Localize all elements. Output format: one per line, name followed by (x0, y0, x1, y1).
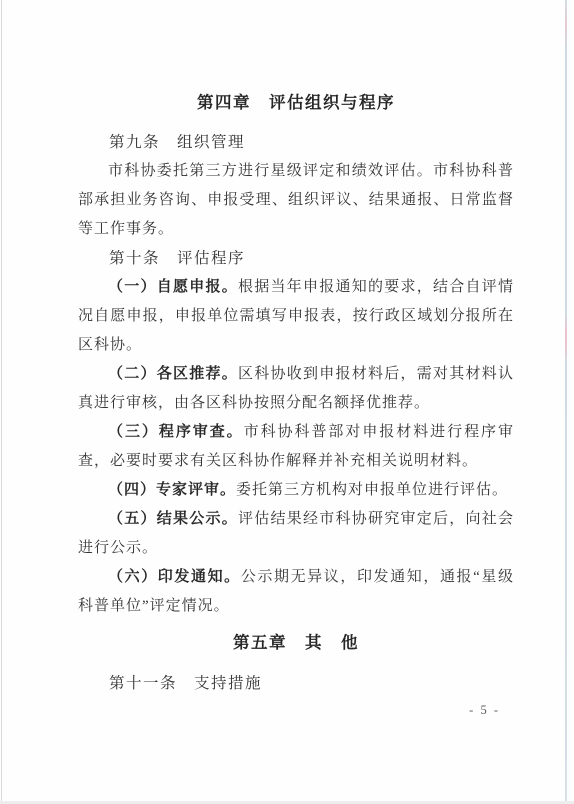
article-9-body: 市科协委托第三方进行星级评定和绩效评估。市科协科普部承担业务咨询、申报受理、组织… (78, 157, 514, 244)
scan-right-edge-line (565, 0, 567, 804)
item-3-lead: （三）程序审查。 (108, 424, 244, 440)
scan-left-edge-line (1, 0, 2, 804)
article-10-item-1: （一）自愿申报。根据当年申报通知的要求，结合自评情况自愿申报，申报单位需填写申报… (78, 273, 514, 360)
item-4-lead: （四）专家评审。 (108, 482, 236, 498)
article-10-heading: 第十条 评估程序 (78, 244, 514, 273)
item-2-lead: （二）各区推荐。 (108, 366, 238, 382)
article-10-item-5: （五）结果公示。评估结果经市科协研究审定后，向社会进行公示。 (78, 505, 514, 563)
item-6-lead: （六）印发通知。 (108, 569, 241, 585)
document-content: 第四章 评估组织与程序 第九条 组织管理 市科协委托第三方进行星级评定和绩效评估… (78, 90, 514, 698)
article-10-item-4: （四）专家评审。委托第三方机构对申报单位进行评估。 (78, 476, 514, 505)
item-4-text: 委托第三方机构对申报单位进行评估。 (236, 482, 508, 498)
article-10-item-2: （二）各区推荐。区科协收到申报材料后，需对其材料认真进行审核，由各区科协按照分配… (78, 360, 514, 418)
page-number: - 5 - (469, 703, 500, 718)
article-10-item-6: （六）印发通知。公示期无异议，印发通知，通报“星级科普单位”评定情况。 (78, 563, 514, 621)
chapter-4-title: 第四章 评估组织与程序 (78, 90, 514, 117)
article-10-item-3: （三）程序审查。市科协科普部对申报材料进行程序审查，必要时要求有关区科协作解释并… (78, 418, 514, 476)
scanned-document-page: 第四章 评估组织与程序 第九条 组织管理 市科协委托第三方进行星级评定和绩效评估… (0, 0, 574, 804)
item-5-lead: （五）结果公示。 (108, 511, 238, 527)
article-9-heading: 第九条 组织管理 (78, 128, 514, 157)
article-11-heading: 第十一条 支持措施 (78, 669, 514, 698)
item-1-lead: （一）自愿申报。 (108, 279, 238, 295)
chapter-5-title: 第五章 其 他 (78, 630, 514, 657)
